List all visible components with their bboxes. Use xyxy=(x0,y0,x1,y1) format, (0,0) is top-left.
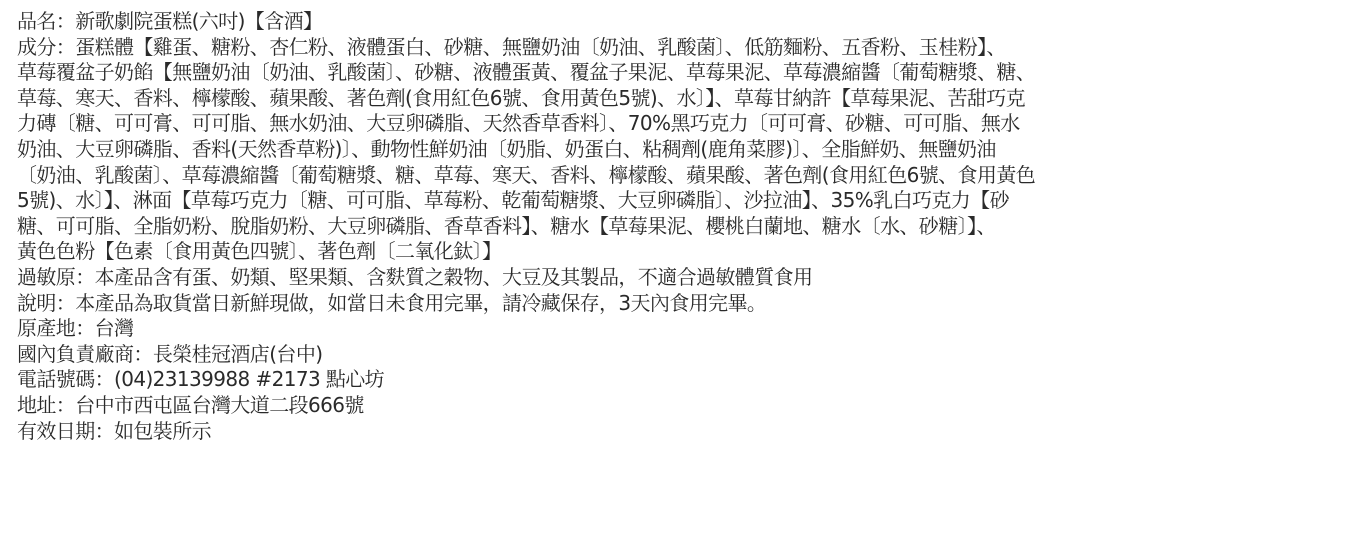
address-label: 地址： xyxy=(17,393,75,417)
expiry-label: 有效日期： xyxy=(17,419,114,443)
distributor-row: 國內負責廠商：長榮桂冠酒店(台中) xyxy=(17,342,1347,368)
ingredients-line-4: 力磚〔糖、可可膏、可可脂、無水奶油、大豆卵磷脂、天然香草香料〕、70%黑巧克力〔… xyxy=(17,111,1347,137)
ingredients-line-5: 奶油、大豆卵磷脂、香料(天然香草粉)〕、動物性鮮奶油〔奶脂、奶蛋白、粘稠劑(鹿角… xyxy=(17,137,1347,163)
product-name-value: 新歌劇院蛋糕(六吋)【含酒】 xyxy=(75,9,322,33)
ingredients-line-1: 成分：蛋糕體【雞蛋、糖粉、杏仁粉、液體蛋白、砂糖、無鹽奶油〔奶油、乳酸菌〕、低筋… xyxy=(17,35,1347,61)
product-name-label: 品名： xyxy=(17,9,75,33)
origin-value: 台灣 xyxy=(95,316,134,340)
ingredients-line-9: 黃色色粉【色素〔食用黃色四號〕、著色劑〔二氧化鈦〕】 xyxy=(17,239,1347,265)
ingredients-line-8: 糖、可可脂、全脂奶粉、脫脂奶粉、大豆卵磷脂、香草香料】、糖水【草莓果泥、櫻桃白蘭… xyxy=(17,214,1347,240)
origin-row: 原產地：台灣 xyxy=(17,316,1347,342)
expiry-value: 如包裝所示 xyxy=(114,419,211,443)
origin-label: 原產地： xyxy=(17,316,95,340)
allergen-label: 過敏原： xyxy=(17,265,95,289)
product-name-row: 品名：新歌劇院蛋糕(六吋)【含酒】 xyxy=(17,9,1347,35)
note-label: 說明： xyxy=(17,291,75,315)
distributor-label: 國內負責廠商： xyxy=(17,342,153,366)
phone-value: (04)23139988 #2173 點心坊 xyxy=(114,367,384,391)
ingredients-line-2: 草莓覆盆子奶餡【無鹽奶油〔奶油、乳酸菌〕、砂糖、液體蛋黃、覆盆子果泥、草莓果泥、… xyxy=(17,60,1347,86)
allergen-value: 本產品含有蛋、奶類、堅果類、含麩質之穀物、大豆及其製品，不適合過敏體質食用 xyxy=(95,265,813,289)
note-value: 本產品為取貨當日新鮮現做，如當日未食用完畢，請冷藏保存，3天內食用完畢。 xyxy=(75,291,766,315)
product-label-document: 品名：新歌劇院蛋糕(六吋)【含酒】 成分：蛋糕體【雞蛋、糖粉、杏仁粉、液體蛋白、… xyxy=(17,9,1347,444)
address-value: 台中市西屯區台灣大道二段666號 xyxy=(75,393,364,417)
allergen-row: 過敏原：本產品含有蛋、奶類、堅果類、含麩質之穀物、大豆及其製品，不適合過敏體質食… xyxy=(17,265,1347,291)
ingredients-line-7: 5號)、水〕】、淋面【草莓巧克力〔糖、可可脂、草莓粉、乾葡萄糖漿、大豆卵磷脂〕、… xyxy=(17,188,1347,214)
note-row: 說明：本產品為取貨當日新鮮現做，如當日未食用完畢，請冷藏保存，3天內食用完畢。 xyxy=(17,291,1347,317)
ingredients-line-6: 〔奶油、乳酸菌〕、草莓濃縮醬〔葡萄糖漿、糖、草莓、寒天、香料、檸檬酸、蘋果酸、著… xyxy=(17,163,1347,189)
phone-label: 電話號碼： xyxy=(17,367,114,391)
address-row: 地址：台中市西屯區台灣大道二段666號 xyxy=(17,393,1347,419)
expiry-row: 有效日期：如包裝所示 xyxy=(17,419,1347,445)
phone-row: 電話號碼：(04)23139988 #2173 點心坊 xyxy=(17,367,1347,393)
ingredients-line-3: 草莓、寒天、香料、檸檬酸、蘋果酸、著色劑(食用紅色6號、食用黃色5號)、水〕】、… xyxy=(17,86,1347,112)
distributor-value: 長榮桂冠酒店(台中) xyxy=(153,342,323,366)
